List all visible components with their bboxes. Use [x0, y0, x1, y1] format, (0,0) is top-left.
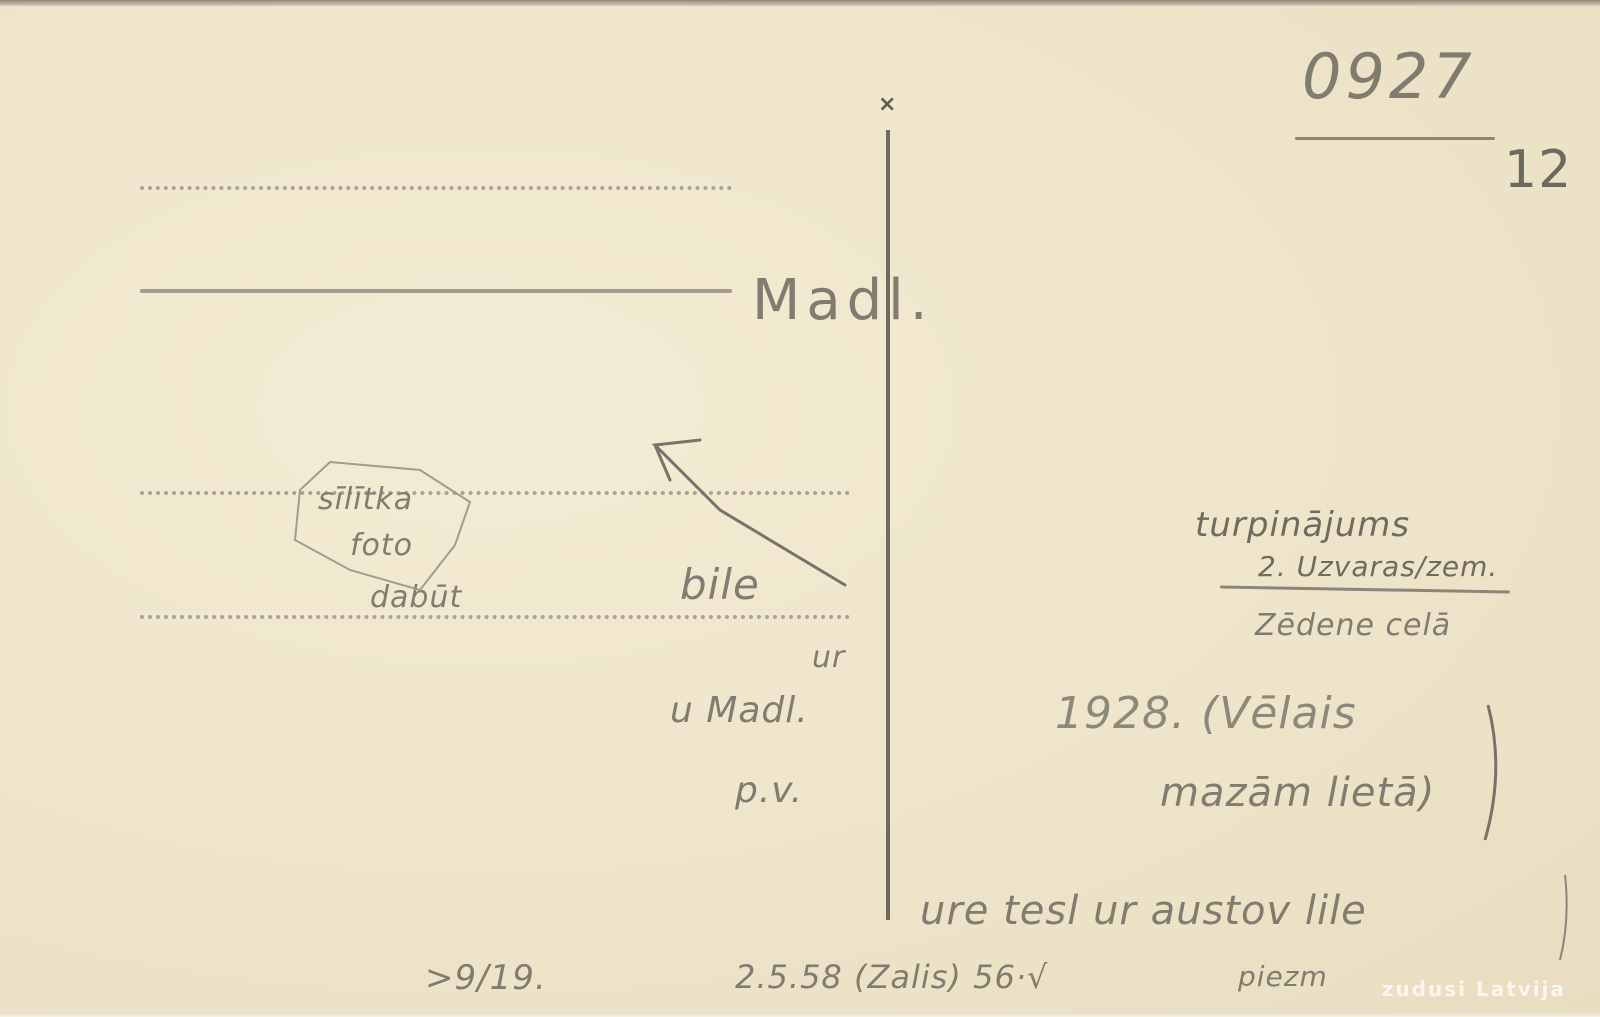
arrow-icon: [655, 440, 845, 585]
boxed-note-outline: [295, 462, 470, 590]
right-edge-stroke: [1560, 875, 1567, 960]
pencil-strokes: [0, 0, 1600, 1017]
postcard-back: × 0927 12 Madl. sīlītka foto dabūt bile …: [0, 0, 1600, 1017]
watermark: zudusi Latvija: [1382, 977, 1566, 1001]
closing-paren-stroke: [1485, 705, 1496, 840]
